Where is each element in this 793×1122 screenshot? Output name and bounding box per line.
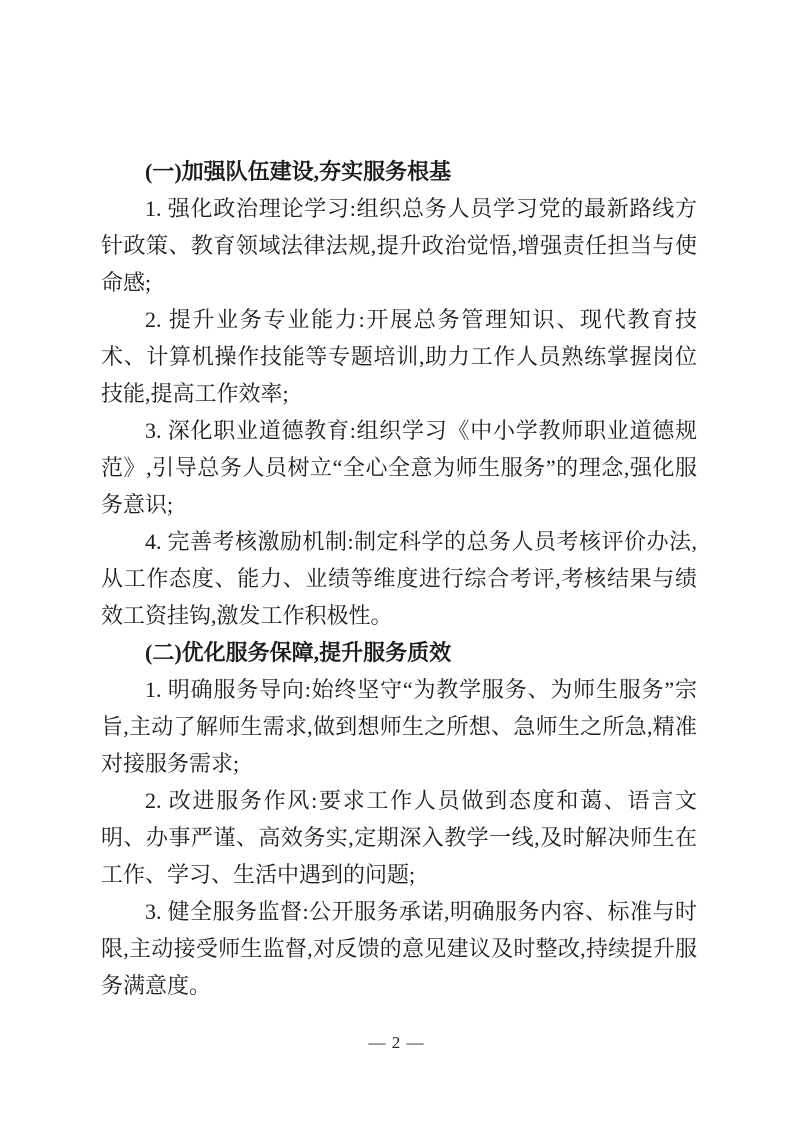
page-number: — 2 — (0, 1032, 793, 1054)
section-1-item-1: 1. 强化政治理论学习:组织总务人员学习党的最新路线方针政策、教育领域法律法规,… (101, 190, 697, 301)
section-2-item-3: 3. 健全服务监督:公开服务承诺,明确服务内容、标准与时限,主动接受师生监督,对… (101, 893, 697, 1004)
section-1-heading: (一)加强队伍建设,夯实服务根基 (101, 153, 697, 190)
section-2-heading: (二)优化服务保障,提升服务质效 (101, 634, 697, 671)
document-page: (一)加强队伍建设,夯实服务根基 1. 强化政治理论学习:组织总务人员学习党的最… (0, 0, 793, 1122)
section-2-item-2: 2. 改进服务作风:要求工作人员做到态度和蔼、语言文明、办事严谨、高效务实,定期… (101, 782, 697, 893)
section-1-item-3: 3. 深化职业道德教育:组织学习《中小学教师职业道德规范》,引导总务人员树立“全… (101, 412, 697, 523)
document-body: (一)加强队伍建设,夯实服务根基 1. 强化政治理论学习:组织总务人员学习党的最… (0, 0, 793, 1004)
section-1-item-4: 4. 完善考核激励机制:制定科学的总务人员考核评价办法,从工作态度、能力、业绩等… (101, 523, 697, 634)
section-2-item-1: 1. 明确服务导向:始终坚守“为教学服务、为师生服务”宗旨,主动了解师生需求,做… (101, 671, 697, 782)
section-1-item-2: 2. 提升业务专业能力:开展总务管理知识、现代教育技术、计算机操作技能等专题培训… (101, 301, 697, 412)
